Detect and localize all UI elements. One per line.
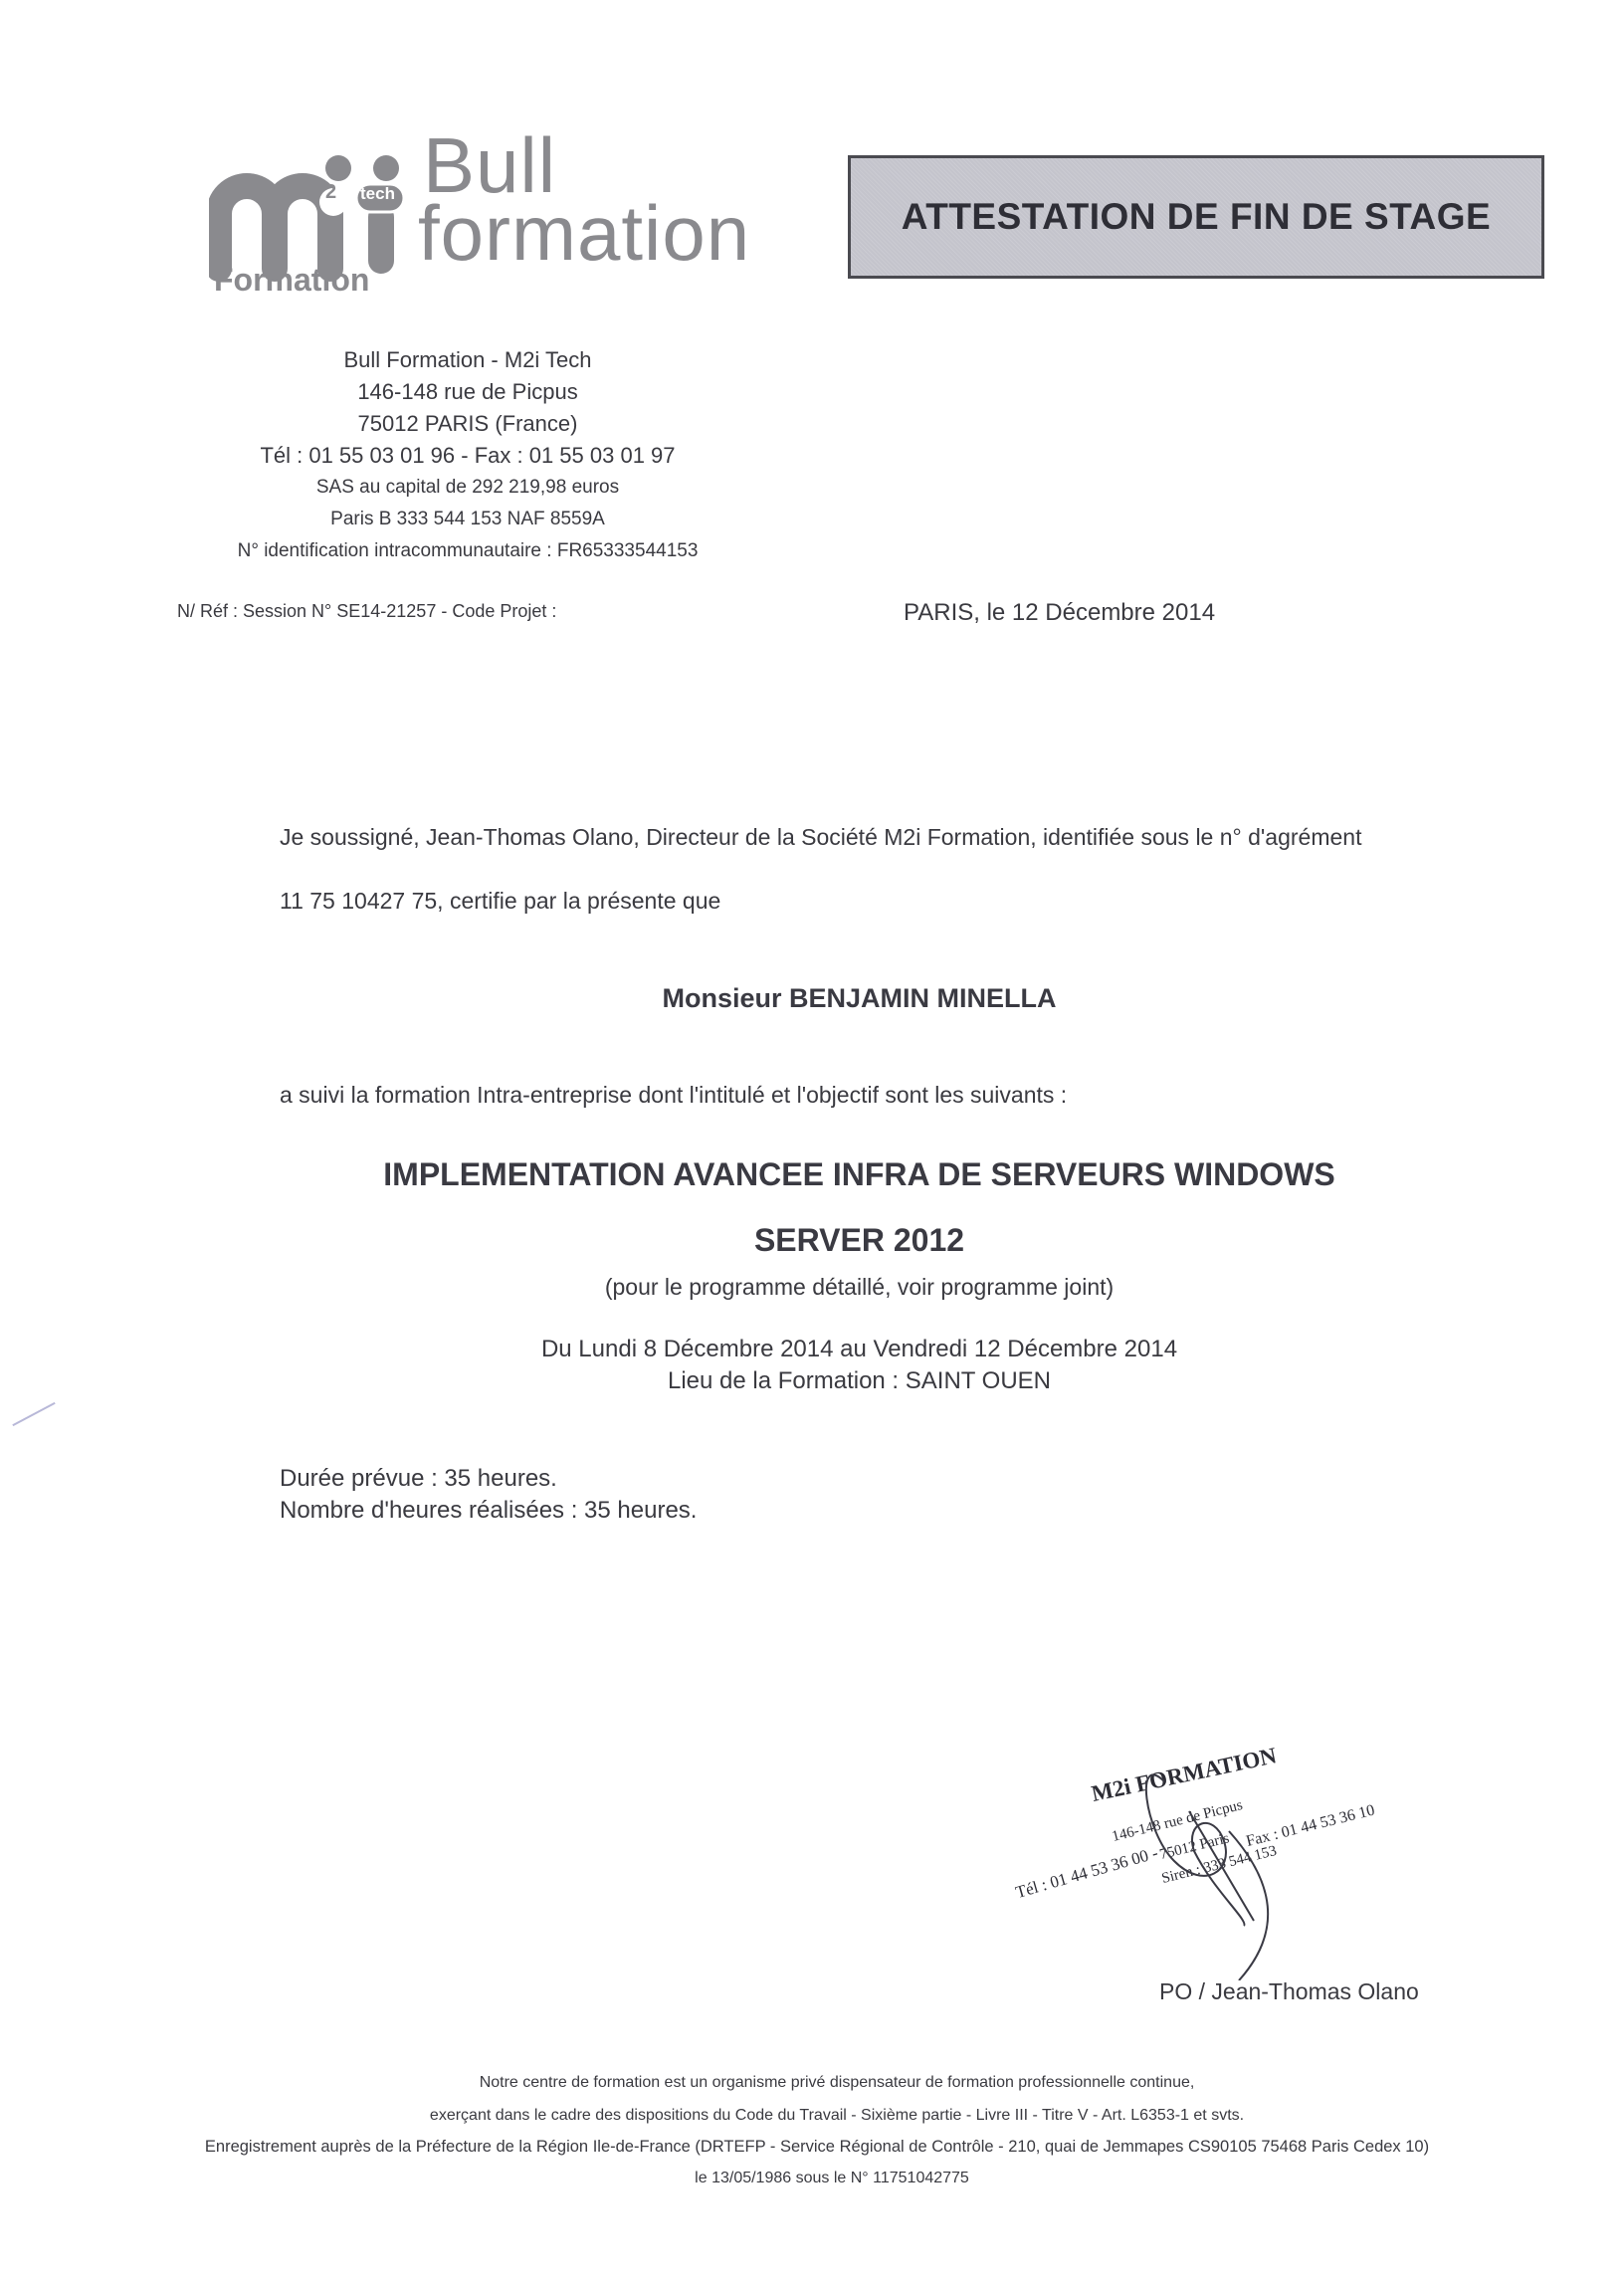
company-city: 75012 PARIS (France) [169, 408, 766, 440]
course-program-note: (pour le programme détaillé, voir progra… [0, 1274, 1624, 1301]
certification-line-2: 11 75 10427 75, certifie par la présente… [280, 888, 720, 915]
planned-duration: Durée prévue : 35 heures. [280, 1463, 697, 1495]
footer-line-1: Notre centre de formation est un organis… [0, 2074, 1624, 2092]
hours-completed: Nombre d'heures réalisées : 35 heures. [280, 1495, 697, 1527]
session-reference: N/ Réf : Session N° SE14-21257 - Code Pr… [177, 601, 556, 622]
trainee-name: Monsieur BENJAMIN MINELLA [0, 983, 1624, 1014]
footer-line-2: exerçant dans le cadre des dispositions … [0, 2107, 1624, 2125]
course-title-line-2: SERVER 2012 [0, 1222, 1624, 1259]
training-intro: a suivi la formation Intra-entreprise do… [280, 1082, 1067, 1109]
company-name: Bull Formation - M2i Tech [169, 344, 766, 376]
company-street: 146-148 rue de Picpus [169, 376, 766, 408]
signature-scribble-icon [1015, 1752, 1433, 1980]
training-location: Lieu de la Formation : SAINT OUEN [0, 1367, 1624, 1395]
scan-artifact-mark [12, 1402, 55, 1426]
logo-formation-text: formation [418, 194, 750, 272]
certification-line-1: Je soussigné, Jean-Thomas Olano, Directe… [280, 824, 1361, 851]
document-title-box: ATTESTATION DE FIN DE STAGE [848, 155, 1544, 279]
company-vat: N° identification intracommunautaire : F… [169, 535, 766, 567]
footer-line-3: Enregistrement auprès de la Préfecture d… [0, 2138, 1624, 2157]
logo-superscript-2: 2 [325, 181, 336, 204]
company-phone-fax: Tél : 01 55 03 01 96 - Fax : 01 55 03 01… [169, 440, 766, 472]
company-registration: Paris B 333 544 153 NAF 8559A [169, 504, 766, 535]
company-stamp: M2i FORMATION 146-148 rue de Picpus 7501… [1015, 1752, 1433, 1951]
document-title: ATTESTATION DE FIN DE STAGE [902, 196, 1491, 238]
course-title-line-1: IMPLEMENTATION AVANCEE INFRA DE SERVEURS… [0, 1156, 1624, 1193]
company-address-block: Bull Formation - M2i Tech 146-148 rue de… [169, 344, 766, 567]
logo-tech-badge: tech [360, 184, 395, 204]
footer-line-4: le 13/05/1986 sous le N° 11751042775 [0, 2170, 1624, 2187]
place-and-date: PARIS, le 12 Décembre 2014 [904, 599, 1215, 627]
training-duration-block: Durée prévue : 35 heures. Nombre d'heure… [280, 1463, 697, 1527]
logo-formation-small: Formation [214, 262, 369, 299]
training-dates: Du Lundi 8 Décembre 2014 au Vendredi 12 … [0, 1336, 1624, 1363]
m2i-bull-formation-logo: 2 tech Formation Bull formation [209, 134, 746, 304]
signatory: PO / Jean-Thomas Olano [1159, 1978, 1419, 2005]
company-capital: SAS au capital de 292 219,98 euros [169, 472, 766, 504]
